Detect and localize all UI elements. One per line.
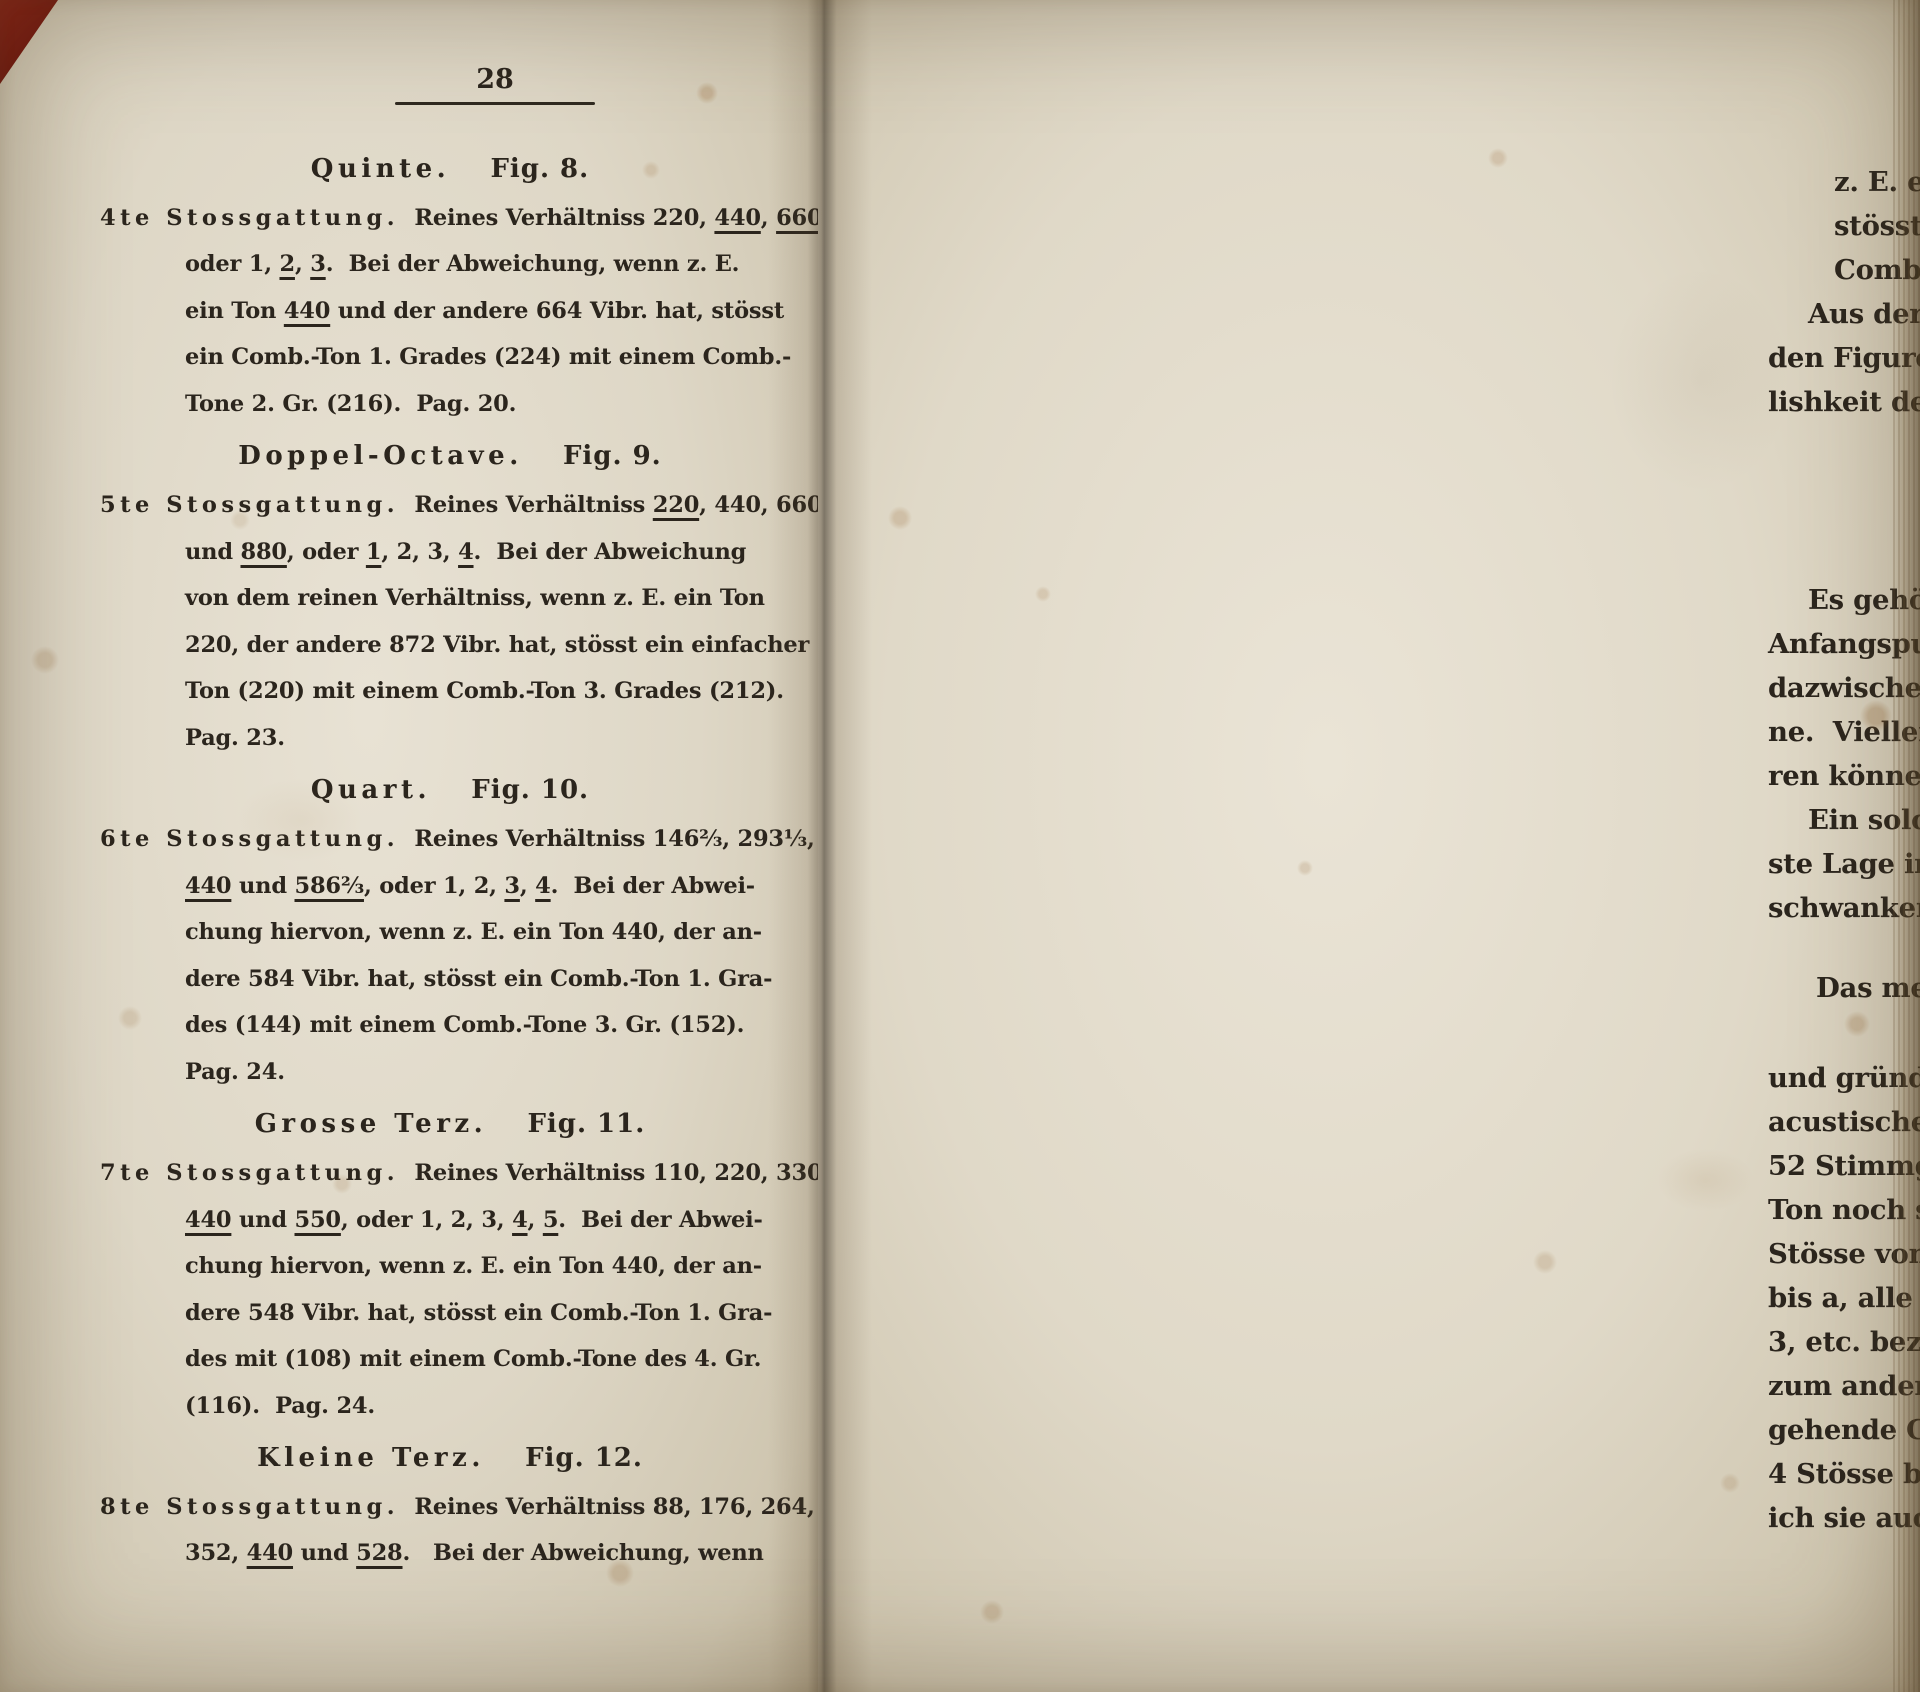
text-line: schwankend, und zu hoch, unausführbar wu…	[1768, 886, 1920, 930]
text-line: zum andern halben Tone. Die jedem Scala-…	[1768, 1364, 1920, 1408]
text-line: 52 Stimmgabeln so geordnet, dass zwische…	[1768, 1144, 1920, 1188]
section-heading: Grosse Terz. Fig. 11.	[100, 1110, 800, 1140]
text-line: dere 584 Vibr. hat, stösst ein Comb.-Ton…	[100, 956, 800, 1003]
text-line: Aus der steigenden Vermehrung der Verhäl…	[1768, 292, 1920, 336]
text-line: und gründet sich auf die bereits umständ…	[1768, 1056, 1920, 1100]
text-line: 6te Stossgattung. Reines Verhältniss 146…	[100, 816, 800, 863]
text-line: Tone 2. Gr. (216). Pag. 20.	[100, 381, 800, 428]
text-line: Stösse von dem einen zum andern, und dem…	[1768, 1232, 1920, 1276]
text-line: gehende Gabel ist seine Nebengabel, und …	[1768, 1408, 1920, 1452]
text-line: 440 und 550, oder 1, 2, 3, 4, 5. Bei der…	[100, 1197, 800, 1244]
text-line: dazwischen liegenden Theile aufs genaues…	[1768, 666, 1920, 710]
text-line: Pag. 23.	[100, 715, 800, 762]
text-line: ein Ton 440 und der andere 664 Vibr. hat…	[100, 288, 800, 335]
text-line: ein Comb.-Ton 1. Grades (224) mit einem …	[100, 334, 800, 381]
text-line: (116). Pag. 24.	[100, 1383, 800, 1430]
music-phrase-row: Das meinige reicht von	[1768, 934, 1920, 1056]
text-line: Ton (220) mit einem Comb.-Ton 3. Grades …	[100, 668, 800, 715]
text-line: chung hiervon, wenn z. E. ein Ton 440, d…	[100, 1243, 800, 1290]
tonmaass-heading: Tonmaass.	[1768, 502, 1920, 546]
text-line: ste Lage in unserm Tonumfange einnehmen,…	[1768, 842, 1920, 886]
text-line: 5te Stossgattung. Reines Verhältniss 220…	[100, 482, 800, 529]
text-line: 3, etc. bezeichnen diese Zwischengabeln …	[1768, 1320, 1920, 1364]
text-line: des (144) mit einem Comb.-Tone 3. Gr. (1…	[100, 1002, 800, 1049]
text-line: lishkeit der Stösse erklären.	[1768, 380, 1920, 424]
text-line: den Figuren 5 bis 12 lässt sich die zune…	[1768, 336, 1920, 380]
text-line: acustische Erscheinung, welche ich Stoss…	[1768, 1100, 1920, 1144]
text-line: 4te Stossgattung. Reines Verhältniss 220…	[100, 195, 800, 242]
page-number-rule	[395, 102, 595, 105]
text-line: Ein solches Tonmaass musste auch die zwe…	[1768, 798, 1920, 842]
section-heading: Kleine Terz. Fig. 12.	[100, 1444, 800, 1474]
left-page: 28 Quinte. Fig. 8.4te Stossgattung. Rein…	[0, 0, 818, 1692]
text-line: 7te Stossgattung. Reines Verhältniss 110…	[100, 1150, 800, 1197]
text-line: z. E. ein Ton 440, der andere 529.6 Vibr…	[1768, 160, 1920, 204]
text-line: und 880, oder 1, 2, 3, 4. Bei der Abweic…	[100, 529, 800, 576]
text-line: von dem reinen Verhältniss, wenn z. E. e…	[100, 575, 800, 622]
text-line: Comb.-Ton 5. Gr. (81.6). Pag. 26.	[1768, 248, 1920, 292]
text-line: des mit (108) mit einem Comb.-Tone des 4…	[100, 1336, 800, 1383]
left-page-text: Quinte. Fig. 8.4te Stossgattung. Reines …	[100, 140, 800, 1577]
text-line: Anfangspunkte bis zu einem erwiesenen En…	[1768, 622, 1920, 666]
text-line: 4 Stösse bei Pendel 60 (per Secunde) tie…	[1768, 1452, 1920, 1496]
text-line: bis a, alle am Pendel messen kann. — Die…	[1768, 1276, 1920, 1320]
text-line: Es gehört hierzu, dass man von einem erw…	[1768, 578, 1920, 622]
text-line: Ton noch so viele andere Töne liegen, da…	[1768, 1188, 1920, 1232]
right-page-text: z. E. ein Ton 440, der andere 529.6 Vibr…	[1768, 160, 1920, 1570]
text-line: 8te Stossgattung. Reines Verhältniss 88,…	[100, 1484, 800, 1531]
text-line: oder 1, 2, 3. Bei der Abweichung, wenn z…	[100, 241, 800, 288]
page-number: 28	[395, 64, 595, 95]
intro-paragraphs: z. E. ein Ton 440, der andere 529.6 Vibr…	[1768, 160, 1920, 424]
left-page-header: 28	[395, 64, 595, 105]
right-page: 29 z. E. ein Ton 440, der andere 529.6 V…	[818, 0, 1920, 1692]
section-heading: Quart. Fig. 10.	[100, 776, 800, 806]
text-line: ne. Vielleicht auch dass man sie eben so…	[1768, 710, 1920, 754]
tonmaass-paragraphs: Es gehört hierzu, dass man von einem erw…	[1768, 578, 1920, 930]
book-scan: 28 Quinte. Fig. 8.4te Stossgattung. Rein…	[0, 0, 1920, 1692]
section-heading: Quinte. Fig. 8.	[100, 155, 800, 185]
section-heading: Doppel-Octave. Fig. 9.	[100, 442, 800, 472]
tuning-fork-paragraph: und gründet sich auf die bereits umständ…	[1768, 1056, 1920, 1540]
text-line: ich sie auch T-Gabel nenne.	[1768, 1496, 1920, 1540]
music-phrase: Das meinige reicht von	[1816, 972, 1920, 1004]
text-line: Pag. 24.	[100, 1049, 800, 1096]
text-line: dere 548 Vibr. hat, stösst ein Comb.-Ton…	[100, 1290, 800, 1337]
text-line: stösst ein Comb.-Ton 1. Grades (89.6) mi…	[1768, 204, 1920, 248]
text-line: 352, 440 und 528. Bei der Abweichung, we…	[100, 1530, 800, 1577]
text-line: ren könne, da diess der Zweck des Maasse…	[1768, 754, 1920, 798]
text-line: 220, der andere 872 Vibr. hat, stösst ei…	[100, 622, 800, 669]
text-line: chung hiervon, wenn z. E. ein Ton 440, d…	[100, 909, 800, 956]
text-line: 440 und 586⅔, oder 1, 2, 3, 4. Bei der A…	[100, 863, 800, 910]
